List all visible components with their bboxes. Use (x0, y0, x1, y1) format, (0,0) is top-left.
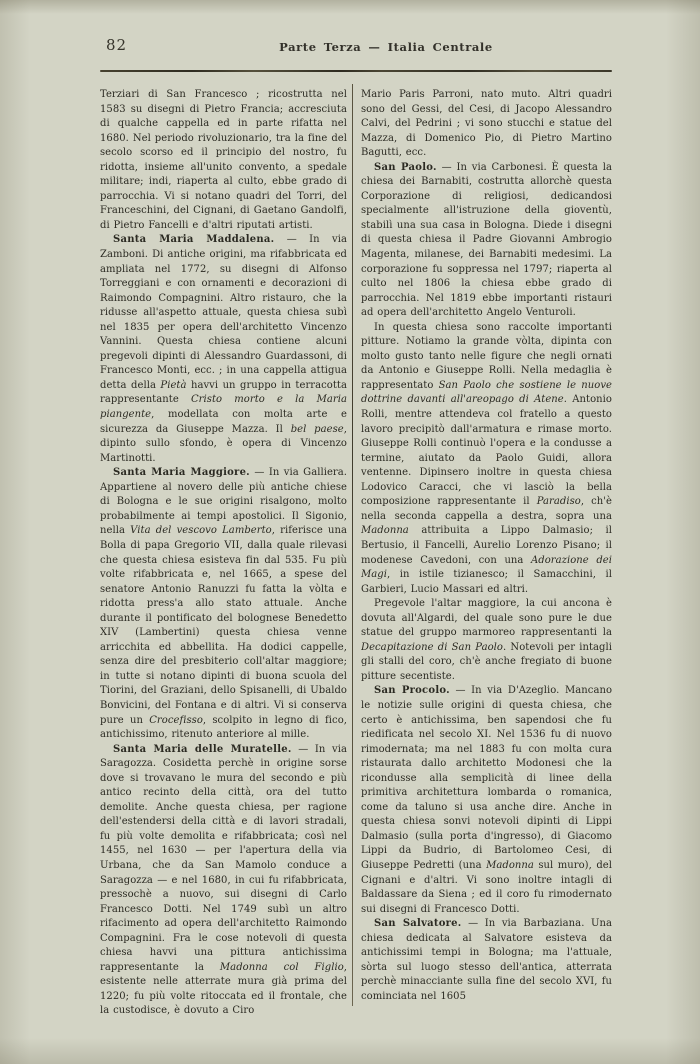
paragraph-lead: San Salvatore. (374, 918, 462, 929)
italic-phrase: bel paese (291, 424, 344, 435)
text-run: — In via Zamboni. Di antiche origini, ma… (100, 234, 347, 390)
italic-phrase: Paradiso (537, 496, 581, 507)
italic-phrase: Decapitazione di San Paolo (361, 642, 503, 653)
paragraph-lead: San Paolo. (374, 162, 437, 173)
italic-phrase: Madonna (486, 860, 534, 871)
paragraph: Santa Maria Maddalena. — In via Zamboni.… (100, 233, 347, 466)
text-run: . Antonio Rolli, mentre attendeva col fr… (361, 394, 612, 507)
paragraph: Pregevole l'altar maggiore, la cui ancon… (361, 597, 612, 684)
paragraph: In questa chiesa sono raccolte important… (361, 321, 612, 597)
text-run: — In via D'Azeglio. Mancano le notizie s… (361, 685, 612, 871)
paragraph: Santa Maria delle Muratelle. — In via Sa… (100, 743, 347, 1019)
paragraph-lead: Santa Maria delle Muratelle. (113, 744, 292, 755)
italic-phrase: Madonna (361, 525, 409, 536)
text-run: Pregevole l'altar maggiore, la cui ancon… (361, 598, 612, 638)
running-header-title: Parte Terza — Italia Centrale (130, 40, 642, 54)
paragraph-lead: Santa Maria Maggiore. (113, 467, 250, 478)
paragraph-lead: Santa Maria Maddalena. (113, 234, 274, 245)
column-divider (352, 84, 353, 1006)
text-run: , riferisce una Bolla di papa Gregorio V… (100, 525, 347, 725)
paragraph: Mario Paris Parroni, nato muto. Altri qu… (361, 88, 612, 161)
book-page: 82 Parte Terza — Italia Centrale Terziar… (0, 0, 700, 1064)
header-rule (100, 70, 612, 72)
italic-phrase: Pietà (160, 380, 186, 391)
italic-phrase: Crocefisso (149, 715, 203, 726)
left-column: Terziari di San Francesco ; ricostrutta … (100, 88, 347, 1022)
paragraph: Santa Maria Maggiore. — In via Galliera.… (100, 466, 347, 742)
page-number: 82 (106, 36, 127, 54)
text-run: — In via Barbaziana. Una chiesa dedicata… (361, 918, 612, 1002)
text-run: Terziari di San Francesco ; ricostrutta … (100, 89, 347, 231)
text-run: Mario Paris Parroni, nato muto. Altri qu… (361, 89, 612, 158)
italic-phrase: Madonna col Figlio (220, 962, 344, 973)
paragraph: San Paolo. — In via Carbonesi. È questa … (361, 161, 612, 321)
right-column: Mario Paris Parroni, nato muto. Altri qu… (361, 88, 612, 1022)
paragraph-lead: San Procolo. (374, 685, 450, 696)
paragraph: San Procolo. — In via D'Azeglio. Mancano… (361, 684, 612, 917)
text-run: , in istile tizianesco; il Samacchini, i… (361, 569, 612, 595)
paragraph: San Salvatore. — In via Barbaziana. Una … (361, 917, 612, 1004)
paragraph: Terziari di San Francesco ; ricostrutta … (100, 88, 347, 233)
italic-phrase: Vita del vescovo Lamberto (130, 525, 272, 536)
text-run: — In via Carbonesi. È questa la chiesa d… (361, 162, 612, 318)
text-run: — In via Saragozza. Cosidetta perchè in … (100, 744, 347, 973)
